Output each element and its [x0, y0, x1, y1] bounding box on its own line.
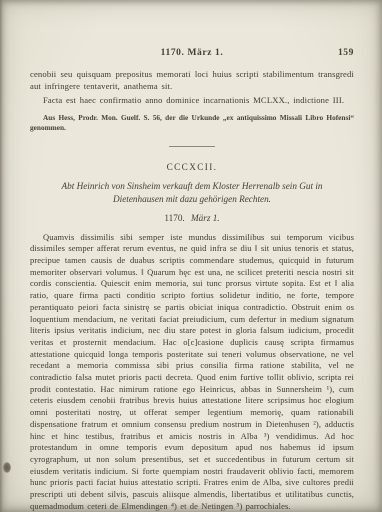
- charter-number: CCCXCII.: [30, 162, 354, 172]
- scan-ink-spot: [3, 462, 11, 473]
- section-divider-rule: [169, 146, 215, 147]
- running-head-date: 1170. März 1.: [161, 48, 224, 58]
- charter-date-month: März 1.: [191, 213, 220, 223]
- text-block: 1170. März 1. 159 cenobii seu quisquam p…: [30, 48, 354, 512]
- scan-edge-shadow: [0, 0, 3, 512]
- confirmation-paragraph: Facta est haec confirmatio anno dominice…: [30, 95, 354, 107]
- charter-body-text: Quamvis dissimilis sibi semper iste mund…: [30, 232, 354, 512]
- source-note: Aus Hess, Prodr. Mon. Guelf. S. 56, der …: [30, 113, 354, 132]
- charter-regest: Abt Heinrich von Sinsheim verkauft dem K…: [44, 180, 340, 206]
- scanned-book-page: 1170. März 1. 159 cenobii seu quisquam p…: [0, 0, 382, 512]
- charter-date-year: 1170.: [164, 213, 184, 223]
- running-head: 1170. März 1. 159: [30, 48, 354, 58]
- charter-date-heading: 1170. März 1.: [30, 213, 354, 223]
- intro-continuation-paragraph: cenobii seu quisquam prepositus memorati…: [30, 69, 354, 93]
- page-number: 159: [338, 48, 354, 58]
